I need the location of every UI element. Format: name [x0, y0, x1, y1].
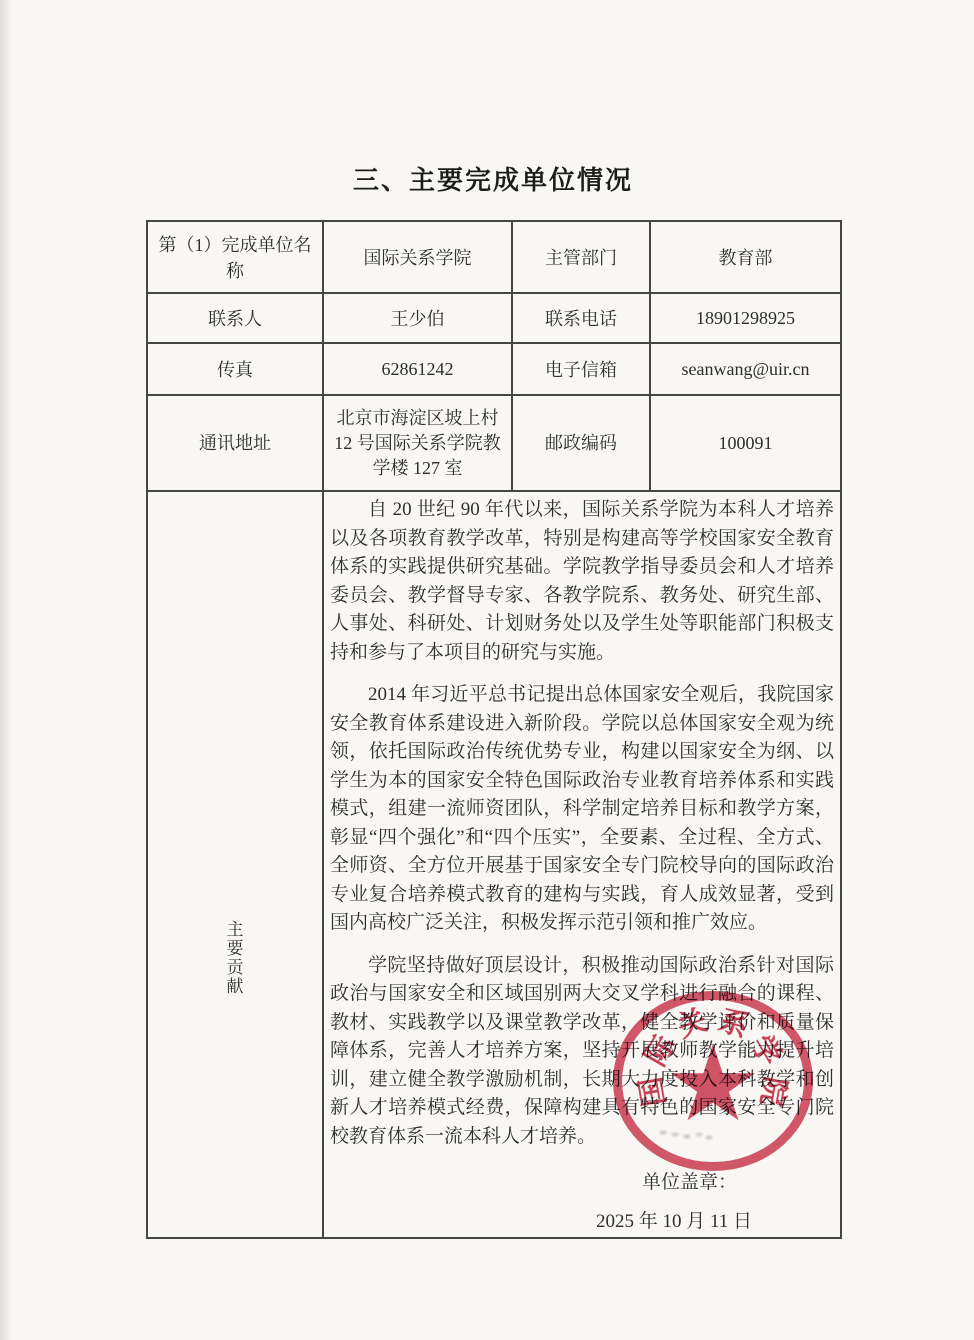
label-fax: 传真	[147, 343, 323, 395]
label-postal-code: 邮政编码	[512, 395, 650, 491]
table-row: 联系人 王少伯 联系电话 18901298925	[147, 293, 841, 343]
label-mailing-address: 通讯地址	[147, 395, 323, 491]
value-contact-phone: 18901298925	[650, 293, 841, 343]
main-contribution-vertical-label: 主要贡献	[224, 920, 246, 996]
unit-info-table: 第（1）完成单位名称 国际关系学院 主管部门 教育部 联系人 王少伯 联系电话 …	[146, 220, 842, 1239]
table-row: 主要贡献 自 20 世纪 90 年代以来，国际关系学院为本科人才培养以及各项教育…	[147, 491, 841, 1238]
label-contact-phone: 联系电话	[512, 293, 650, 343]
contribution-paragraph-3: 学院坚持做好顶层设计，积极推动国际政治系针对国际政治与国家安全和区域国别两大交叉…	[330, 952, 834, 1152]
label-contact-person: 联系人	[147, 293, 323, 343]
label-unit-name: 第（1）完成单位名称	[147, 221, 323, 293]
label-supervising-department: 主管部门	[512, 221, 650, 293]
value-email: seanwang@uir.cn	[650, 343, 841, 395]
value-postal-code: 100091	[650, 395, 841, 491]
label-main-contribution: 主要贡献	[147, 491, 323, 1238]
value-supervising-department: 教育部	[650, 221, 841, 293]
page-title: 三、主要完成单位情况	[146, 160, 840, 197]
table-row: 第（1）完成单位名称 国际关系学院 主管部门 教育部	[147, 221, 841, 293]
contribution-paragraph-2: 2014 年习近平总书记提出总体国家安全观后，我院国家安全教育体系建设进入新阶段…	[330, 681, 834, 938]
document-page: 三、主要完成单位情况 第（1）完成单位名称 国际关系学院 主管部门 教育部 联系…	[0, 0, 974, 1340]
table-row: 通讯地址 北京市海淀区坡上村 12 号国际关系学院教学楼 127 室 邮政编码 …	[147, 395, 841, 491]
signature-date: 2025 年 10 月 11 日	[330, 1206, 834, 1233]
main-contribution-cell: 自 20 世纪 90 年代以来，国际关系学院为本科人才培养以及各项教育教学改革，…	[323, 491, 841, 1238]
value-fax: 62861242	[323, 343, 512, 395]
unit-stamp-label: 单位盖章：	[330, 1167, 834, 1194]
faint-smudge	[660, 1131, 666, 1134]
value-unit-name: 国际关系学院	[323, 221, 512, 293]
table-row: 传真 62861242 电子信箱 seanwang@uir.cn	[147, 343, 841, 395]
contribution-paragraph-1: 自 20 世纪 90 年代以来，国际关系学院为本科人才培养以及各项教育教学改革，…	[330, 496, 834, 667]
label-email: 电子信箱	[512, 343, 650, 395]
value-mailing-address: 北京市海淀区坡上村 12 号国际关系学院教学楼 127 室	[323, 395, 512, 491]
value-contact-person: 王少伯	[323, 293, 512, 343]
